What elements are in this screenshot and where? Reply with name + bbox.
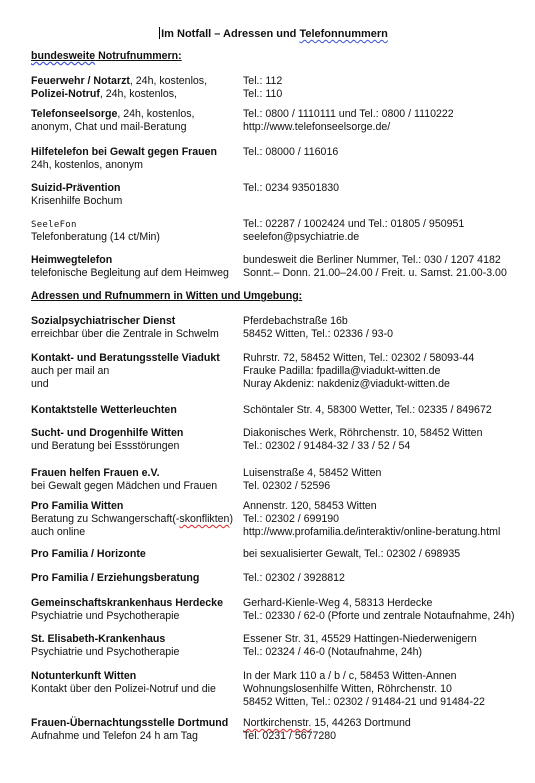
entry-label-column: Sozialpsychiatrischer Diensterreichbar ü… bbox=[31, 315, 241, 341]
label-line: Sucht- und Drogenhilfe Witten bbox=[31, 427, 241, 440]
contact-line: Tel.: 02287 / 1002424 und Tel.: 01805 / … bbox=[243, 218, 535, 231]
organization-name: Gemeinschaftskrankenhaus Herdecke bbox=[31, 597, 223, 609]
contact-text: Tel.: 02302 / 699190 bbox=[243, 513, 339, 525]
contact-line: bei sexualisierter Gewalt, Tel.: 02302 /… bbox=[243, 548, 535, 561]
contact-text: Annenstr. 120, 58453 Witten bbox=[243, 500, 377, 512]
label-line: Aufnahme und Telefon 24 h am Tag bbox=[31, 730, 241, 743]
contact-line: Tel.: 02324 / 46-0 (Notaufnahme, 24h) bbox=[243, 646, 535, 659]
contact-line: Wohnungslosenhilfe Witten, Röhrchenstr. … bbox=[243, 683, 535, 696]
contact-text: http://www.telefonseelsorge.de/ bbox=[243, 121, 390, 133]
label-line: und bbox=[31, 378, 241, 391]
entry-label-column: Pro Familia WittenBeratung zu Schwangers… bbox=[31, 500, 241, 539]
contact-line: Tel.: 02302 / 91484-32 / 33 / 52 / 54 bbox=[243, 440, 535, 453]
contact-text: Tel.: 08000 / 116016 bbox=[243, 146, 338, 158]
contact-line: Gerhard-Kienle-Weg 4, 58313 Herdecke bbox=[243, 597, 535, 610]
entry-contact-column: Annenstr. 120, 58453 WittenTel.: 02302 /… bbox=[243, 500, 535, 539]
contact-text: Diakonisches Werk, Röhrchenstr. 10, 5845… bbox=[243, 427, 482, 439]
entry-label-column: Suizid-PräventionKrisenhilfe Bochum bbox=[31, 182, 241, 208]
contact-line: Essener Str. 31, 45529 Hattingen-Niederw… bbox=[243, 633, 535, 646]
contact-text: Schöntaler Str. 4, 58300 Wetter, Tel.: 0… bbox=[243, 404, 492, 416]
entry-label-column: Pro Familia / Horizonte bbox=[31, 548, 241, 561]
label-line: Frauen-Übernachtungsstelle Dortmund bbox=[31, 717, 241, 730]
entry-label-column: SeeleFonTelefonberatung (14 ct/Min) bbox=[31, 218, 241, 244]
description-text: , 24h, kostenlos, bbox=[130, 75, 207, 87]
contact-text: Sonnt.– Donn. 21.00–24.00 / Freit. u. Sa… bbox=[243, 267, 507, 279]
contact-text: 58452 Witten, Tel.: 02302 / 91484-21 und… bbox=[243, 696, 485, 708]
contact-text: Tel.: 112 bbox=[243, 75, 282, 87]
contact-text: Tel.: 02302 / 3928812 bbox=[243, 572, 345, 584]
label-line: SeeleFon bbox=[31, 218, 241, 231]
title-text: Im Notfall – Adressen und bbox=[161, 28, 299, 40]
label-line: Beratung zu Schwangerschaft(-skonflikten… bbox=[31, 513, 241, 526]
contact-text: Gerhard-Kienle-Weg 4, 58313 Herdecke bbox=[243, 597, 432, 609]
contact-text: 15, 44263 Dortmund bbox=[311, 717, 411, 729]
entry-contact-column: Schöntaler Str. 4, 58300 Wetter, Tel.: 0… bbox=[243, 404, 535, 417]
label-line: auch online bbox=[31, 526, 241, 539]
contact-text: 58452 Witten, Tel.: 02336 / 93-0 bbox=[243, 328, 393, 340]
entry-contact-column: Nortkirchenstr. 15, 44263 DortmundTel. 0… bbox=[243, 717, 535, 743]
description-text: und Beratung bei Essstörungen bbox=[31, 440, 179, 452]
label-line: Heimwegtelefon bbox=[31, 254, 241, 267]
label-line: Psychiatrie und Psychotherapie bbox=[31, 646, 241, 659]
contact-text: Essener Str. 31, 45529 Hattingen-Niederw… bbox=[243, 633, 477, 645]
entry-label-column: Notunterkunft WittenKontakt über den Pol… bbox=[31, 670, 241, 696]
entry-contact-column: Diakonisches Werk, Röhrchenstr. 10, 5845… bbox=[243, 427, 535, 453]
label-line: bei Gewalt gegen Mädchen und Frauen bbox=[31, 480, 241, 493]
description-text: und bbox=[31, 378, 49, 390]
organization-name: Frauen-Übernachtungsstelle Dortmund bbox=[31, 717, 228, 729]
contact-text: Tel.: 02330 / 62-0 (Pforte und zentrale … bbox=[243, 610, 515, 622]
entry-label-column: Kontakt- und Beratungsstelle Viaduktauch… bbox=[31, 352, 241, 391]
label-line: Frauen helfen Frauen e.V. bbox=[31, 467, 241, 480]
contact-line: Diakonisches Werk, Röhrchenstr. 10, 5845… bbox=[243, 427, 535, 440]
organization-name: Heimwegtelefon bbox=[31, 254, 112, 266]
description-text: Psychiatrie und Psychotherapie bbox=[31, 646, 179, 658]
entry-contact-column: Essener Str. 31, 45529 Hattingen-Niederw… bbox=[243, 633, 535, 659]
label-line: Hilfetelefon bei Gewalt gegen Frauen bbox=[31, 146, 241, 159]
entry-label-column: Hilfetelefon bei Gewalt gegen Frauen24h,… bbox=[31, 146, 241, 172]
entry-label-column: Heimwegtelefontelefonische Begleitung au… bbox=[31, 254, 241, 280]
entry-contact-column: Tel.: 0234 93501830 bbox=[243, 182, 535, 195]
description-text: erreichbar über die Zentrale in Schwelm bbox=[31, 328, 219, 340]
contact-line: http://www.profamilia.de/interaktiv/onli… bbox=[243, 526, 535, 539]
entry-contact-column: Tel.: 02287 / 1002424 und Tel.: 01805 / … bbox=[243, 218, 535, 244]
description-text: Psychiatrie und Psychotherapie bbox=[31, 610, 179, 622]
description-text: , 24h, kostenlos, bbox=[117, 108, 194, 120]
entry-label-column: Frauen-Übernachtungsstelle DortmundAufna… bbox=[31, 717, 241, 743]
organization-name: Kontaktstelle Wetterleuchten bbox=[31, 404, 177, 416]
entry-label-column: Sucht- und Drogenhilfe Wittenund Beratun… bbox=[31, 427, 241, 453]
contact-line: Ruhrstr. 72, 58452 Witten, Tel.: 02302 /… bbox=[243, 352, 535, 365]
label-line: Suizid-Prävention bbox=[31, 182, 241, 195]
entry-label-column: Gemeinschaftskrankenhaus HerdeckePsychia… bbox=[31, 597, 241, 623]
contact-line: Tel.: 02330 / 62-0 (Pforte und zentrale … bbox=[243, 610, 535, 623]
organization-name: Polizei-Notruf bbox=[31, 88, 100, 100]
entry-contact-column: Tel.: 02302 / 3928812 bbox=[243, 572, 535, 585]
contact-text: Tel.: 02287 / 1002424 und Tel.: 01805 / … bbox=[243, 218, 464, 230]
contact-line: seelefon@psychiatrie.de bbox=[243, 231, 535, 244]
label-line: Pro Familia / Erziehungsberatung bbox=[31, 572, 241, 585]
organization-name: Pro Familia / Erziehungsberatung bbox=[31, 572, 199, 584]
label-line: St. Elisabeth-Krankenhaus bbox=[31, 633, 241, 646]
contact-text: bei sexualisierter Gewalt, Tel.: 02302 /… bbox=[243, 548, 460, 560]
contact-text: seelefon@psychiatrie.de bbox=[243, 231, 359, 243]
label-line: erreichbar über die Zentrale in Schwelm bbox=[31, 328, 241, 341]
label-line: Pro Familia / Horizonte bbox=[31, 548, 241, 561]
description-text: auch per mail an bbox=[31, 365, 109, 377]
organization-name: SeeleFon bbox=[31, 220, 77, 230]
description-text: Beratung zu Schwangerschaft(- bbox=[31, 513, 179, 525]
label-line: Feuerwehr / Notarzt, 24h, kostenlos, bbox=[31, 75, 241, 88]
contact-line: 58452 Witten, Tel.: 02302 / 91484-21 und… bbox=[243, 696, 535, 709]
contact-line: Pferdebachstraße 16b bbox=[243, 315, 535, 328]
contact-line: Tel.: 112 bbox=[243, 75, 535, 88]
contact-line: Luisenstraße 4, 58452 Witten bbox=[243, 467, 535, 480]
label-line: Sozialpsychiatrischer Dienst bbox=[31, 315, 241, 328]
document-title: Im Notfall – Adressen und Telefonnummern bbox=[0, 27, 535, 41]
description-text: anonym, Chat und mail-Beratung bbox=[31, 121, 186, 133]
contact-text: Frauke Padilla: fpadilla@viadukt-witten.… bbox=[243, 365, 440, 377]
contact-text: bundesweit die Berliner Nummer, Tel.: 03… bbox=[243, 254, 501, 266]
organization-name: Frauen helfen Frauen e.V. bbox=[31, 467, 160, 479]
description-text: bei Gewalt gegen Mädchen und Frauen bbox=[31, 480, 217, 492]
contact-line: Frauke Padilla: fpadilla@viadukt-witten.… bbox=[243, 365, 535, 378]
label-line: Psychiatrie und Psychotherapie bbox=[31, 610, 241, 623]
text-cursor bbox=[159, 27, 160, 39]
entry-contact-column: Pferdebachstraße 16b58452 Witten, Tel.: … bbox=[243, 315, 535, 341]
contact-text: Tel.: 110 bbox=[243, 88, 282, 100]
label-line: telefonische Begleitung auf dem Heimweg bbox=[31, 267, 241, 280]
entry-contact-column: Tel.: 112Tel.: 110 bbox=[243, 75, 535, 101]
description-text: ) bbox=[229, 513, 233, 525]
title-grammar-word: Telefonnummern bbox=[299, 28, 387, 40]
label-line: Telefonberatung (14 ct/Min) bbox=[31, 231, 241, 244]
contact-line: In der Mark 110 a / b / c, 58453 Witten-… bbox=[243, 670, 535, 683]
contact-line: Tel.: 110 bbox=[243, 88, 535, 101]
contact-line: Tel.: 0234 93501830 bbox=[243, 182, 535, 195]
label-line: auch per mail an bbox=[31, 365, 241, 378]
entry-label-column: Kontaktstelle Wetterleuchten bbox=[31, 404, 241, 417]
label-line: Polizei-Notruf, 24h, kostenlos, bbox=[31, 88, 241, 101]
contact-text: Luisenstraße 4, 58452 Witten bbox=[243, 467, 381, 479]
contact-text: Ruhrstr. 72, 58452 Witten, Tel.: 02302 /… bbox=[243, 352, 474, 364]
entry-contact-column: Gerhard-Kienle-Weg 4, 58313 HerdeckeTel.… bbox=[243, 597, 535, 623]
spellcheck-word: Nortkirchenstr. bbox=[243, 717, 311, 729]
organization-name: Pro Familia / Horizonte bbox=[31, 548, 146, 560]
organization-name: Sucht- und Drogenhilfe Witten bbox=[31, 427, 183, 439]
organization-name: Pro Familia Witten bbox=[31, 500, 123, 512]
contact-line: 58452 Witten, Tel.: 02336 / 93-0 bbox=[243, 328, 535, 341]
label-line: und Beratung bei Essstörungen bbox=[31, 440, 241, 453]
organization-name: Suizid-Prävention bbox=[31, 182, 120, 194]
label-line: Kontakt- und Beratungsstelle Viadukt bbox=[31, 352, 241, 365]
description-text: Aufnahme und Telefon 24 h am Tag bbox=[31, 730, 198, 742]
organization-name: St. Elisabeth-Krankenhaus bbox=[31, 633, 165, 645]
description-text: auch online bbox=[31, 526, 85, 538]
label-line: anonym, Chat und mail-Beratung bbox=[31, 121, 241, 134]
contact-text: Tel.: 02324 / 46-0 (Notaufnahme, 24h) bbox=[243, 646, 422, 658]
contact-text: Pferdebachstraße 16b bbox=[243, 315, 348, 327]
contact-line: Tel.: 02302 / 3928812 bbox=[243, 572, 535, 585]
label-line: Kontaktstelle Wetterleuchten bbox=[31, 404, 241, 417]
organization-name: Hilfetelefon bei Gewalt gegen Frauen bbox=[31, 146, 217, 158]
organization-name: Sozialpsychiatrischer Dienst bbox=[31, 315, 175, 327]
organization-name: Kontakt- und Beratungsstelle Viadukt bbox=[31, 352, 220, 364]
entry-contact-column: bei sexualisierter Gewalt, Tel.: 02302 /… bbox=[243, 548, 535, 561]
entry-contact-column: bundesweit die Berliner Nummer, Tel.: 03… bbox=[243, 254, 535, 280]
contact-line: Nortkirchenstr. 15, 44263 Dortmund bbox=[243, 717, 535, 730]
label-line: Telefonseelsorge, 24h, kostenlos, bbox=[31, 108, 241, 121]
entry-contact-column: In der Mark 110 a / b / c, 58453 Witten-… bbox=[243, 670, 535, 709]
label-line: Krisenhilfe Bochum bbox=[31, 195, 241, 208]
contact-line: Tel. 0231 / 5677280 bbox=[243, 730, 535, 743]
description-text: , 24h, kostenlos, bbox=[100, 88, 177, 100]
contact-text: Tel.: 0800 / 1110111 und Tel.: 0800 / 11… bbox=[243, 108, 454, 120]
contact-line: Annenstr. 120, 58453 Witten bbox=[243, 500, 535, 513]
entry-contact-column: Ruhrstr. 72, 58452 Witten, Tel.: 02302 /… bbox=[243, 352, 535, 391]
contact-line: Schöntaler Str. 4, 58300 Wetter, Tel.: 0… bbox=[243, 404, 535, 417]
label-line: Notunterkunft Witten bbox=[31, 670, 241, 683]
contact-line: Nuray Akdeniz: nakdeniz@viadukt-witten.d… bbox=[243, 378, 535, 391]
entry-label-column: Telefonseelsorge, 24h, kostenlos,anonym,… bbox=[31, 108, 241, 134]
label-line: Gemeinschaftskrankenhaus Herdecke bbox=[31, 597, 241, 610]
contact-text: http://www.profamilia.de/interaktiv/onli… bbox=[243, 526, 500, 538]
description-text: Kontakt über den Polizei-Notruf und die bbox=[31, 683, 216, 695]
contact-line: Tel.: 02302 / 699190 bbox=[243, 513, 535, 526]
section-heading-national: bundesweite Notrufnummern: bbox=[31, 50, 182, 63]
spellcheck-word: skonflikten bbox=[179, 513, 229, 525]
label-line: Kontakt über den Polizei-Notruf und die bbox=[31, 683, 241, 696]
label-line: Pro Familia Witten bbox=[31, 500, 241, 513]
description-text: Telefonberatung (14 ct/Min) bbox=[31, 231, 160, 243]
entry-contact-column: Tel.: 0800 / 1110111 und Tel.: 0800 / 11… bbox=[243, 108, 535, 134]
contact-line: Tel.: 0800 / 1110111 und Tel.: 0800 / 11… bbox=[243, 108, 535, 121]
contact-text: Tel.: 0234 93501830 bbox=[243, 182, 339, 194]
description-text: Krisenhilfe Bochum bbox=[31, 195, 122, 207]
contact-text: Nuray Akdeniz: nakdeniz@viadukt-witten.d… bbox=[243, 378, 450, 390]
entry-contact-column: Luisenstraße 4, 58452 WittenTel. 02302 /… bbox=[243, 467, 535, 493]
entry-contact-column: Tel.: 08000 / 116016 bbox=[243, 146, 535, 159]
contact-line: Tel. 02302 / 52596 bbox=[243, 480, 535, 493]
organization-name: Telefonseelsorge bbox=[31, 108, 117, 120]
contact-text: Tel. 0231 / 5677280 bbox=[243, 730, 336, 742]
contact-text: Tel.: 02302 / 91484-32 / 33 / 52 / 54 bbox=[243, 440, 410, 452]
description-text: telefonische Begleitung auf dem Heimweg bbox=[31, 267, 229, 279]
organization-name: Notunterkunft Witten bbox=[31, 670, 136, 682]
entry-label-column: Pro Familia / Erziehungsberatung bbox=[31, 572, 241, 585]
entry-label-column: St. Elisabeth-KrankenhausPsychiatrie und… bbox=[31, 633, 241, 659]
label-line: 24h, kostenlos, anonym bbox=[31, 159, 241, 172]
contact-text: In der Mark 110 a / b / c, 58453 Witten-… bbox=[243, 670, 457, 682]
contact-line: bundesweit die Berliner Nummer, Tel.: 03… bbox=[243, 254, 535, 267]
contact-line: http://www.telefonseelsorge.de/ bbox=[243, 121, 535, 134]
entry-label-column: Feuerwehr / Notarzt, 24h, kostenlos,Poli… bbox=[31, 75, 241, 101]
entry-label-column: Frauen helfen Frauen e.V.bei Gewalt gege… bbox=[31, 467, 241, 493]
contact-text: Tel. 02302 / 52596 bbox=[243, 480, 330, 492]
organization-name: Feuerwehr / Notarzt bbox=[31, 75, 130, 87]
section-heading-witten: Adressen und Rufnummern in Witten und Um… bbox=[31, 290, 302, 303]
contact-text: Wohnungslosenhilfe Witten, Röhrchenstr. … bbox=[243, 683, 452, 695]
contact-line: Sonnt.– Donn. 21.00–24.00 / Freit. u. Sa… bbox=[243, 267, 535, 280]
document-page: Im Notfall – Adressen und Telefonnummern… bbox=[0, 0, 535, 783]
contact-line: Tel.: 08000 / 116016 bbox=[243, 146, 535, 159]
description-text: 24h, kostenlos, anonym bbox=[31, 159, 143, 171]
